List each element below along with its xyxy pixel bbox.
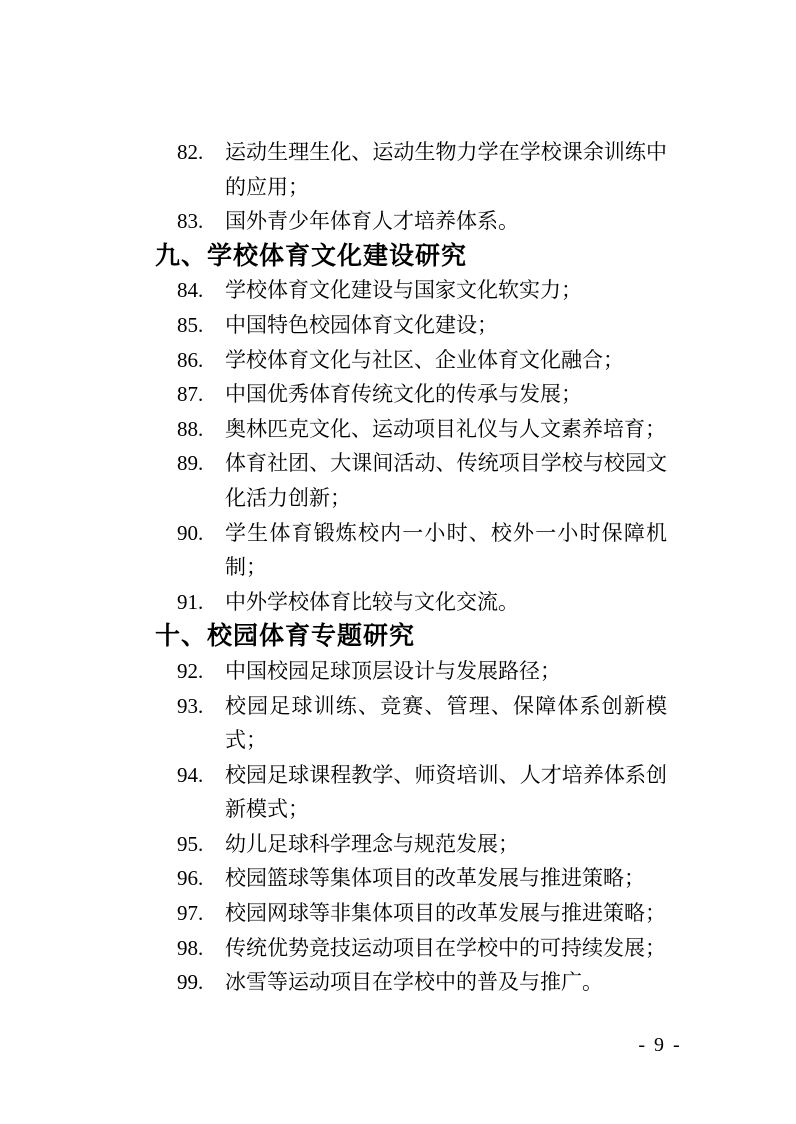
list-item-87: 87. 中国优秀体育传统文化的传承与发展；	[155, 377, 667, 412]
item-number: 85.	[177, 308, 225, 343]
item-number: 94.	[177, 758, 225, 827]
item-text: 学生体育锻炼校内一小时、校外一小时保障机制；	[225, 516, 667, 585]
list-item-96: 96. 校园篮球等集体项目的改革发展与推进策略；	[155, 861, 667, 896]
topic-list: 82. 运动生理生化、运动生物力学在学校课余训练中的应用； 83. 国外青少年体…	[155, 135, 667, 1000]
list-item-91: 91. 中外学校体育比较与文化交流。	[155, 585, 667, 620]
item-text: 体育社团、大课间活动、传统项目学校与校园文化活力创新；	[225, 446, 667, 515]
list-item-99: 99. 冰雪等运动项目在学校中的普及与推广。	[155, 965, 667, 1000]
item-number: 93.	[177, 689, 225, 758]
item-text: 学校体育文化建设与国家文化软实力；	[225, 273, 667, 308]
list-item-97: 97. 校园网球等非集体项目的改革发展与推进策略；	[155, 896, 667, 931]
list-item-86: 86. 学校体育文化与社区、企业体育文化融合；	[155, 343, 667, 378]
item-number: 83.	[177, 204, 225, 239]
list-item-95: 95. 幼儿足球科学理念与规范发展；	[155, 827, 667, 862]
item-number: 82.	[177, 135, 225, 204]
list-item-83: 83. 国外青少年体育人才培养体系。	[155, 204, 667, 239]
item-number: 84.	[177, 273, 225, 308]
item-text: 奥林匹克文化、运动项目礼仪与人文素养培育；	[225, 412, 667, 447]
item-text: 国外青少年体育人才培养体系。	[225, 204, 667, 239]
item-text: 幼儿足球科学理念与规范发展；	[225, 827, 667, 862]
list-item-94: 94. 校园足球课程教学、师资培训、人才培养体系创新模式；	[155, 758, 667, 827]
item-number: 89.	[177, 446, 225, 515]
item-text: 中国校园足球顶层设计与发展路径；	[225, 654, 667, 689]
item-number: 95.	[177, 827, 225, 862]
list-item-82: 82. 运动生理生化、运动生物力学在学校课余训练中的应用；	[155, 135, 667, 204]
item-number: 92.	[177, 654, 225, 689]
page-number: - 9 -	[600, 1031, 720, 1059]
item-text: 校园篮球等集体项目的改革发展与推进策略；	[225, 861, 667, 896]
item-number: 88.	[177, 412, 225, 447]
section-heading-10: 十、校园体育专题研究	[155, 619, 667, 654]
section-heading-9: 九、学校体育文化建设研究	[155, 239, 667, 274]
item-text: 中国特色校园体育文化建设；	[225, 308, 667, 343]
list-item-84: 84. 学校体育文化建设与国家文化软实力；	[155, 273, 667, 308]
item-text: 学校体育文化与社区、企业体育文化融合；	[225, 343, 667, 378]
item-text: 中外学校体育比较与文化交流。	[225, 585, 667, 620]
document-page: 82. 运动生理生化、运动生物力学在学校课余训练中的应用； 83. 国外青少年体…	[0, 0, 796, 1124]
item-number: 86.	[177, 343, 225, 378]
item-number: 96.	[177, 861, 225, 896]
item-number: 98.	[177, 931, 225, 966]
item-text: 校园网球等非集体项目的改革发展与推进策略；	[225, 896, 667, 931]
item-number: 97.	[177, 896, 225, 931]
list-item-85: 85. 中国特色校园体育文化建设；	[155, 308, 667, 343]
item-number: 90.	[177, 516, 225, 585]
item-text: 运动生理生化、运动生物力学在学校课余训练中的应用；	[225, 135, 667, 204]
item-text: 冰雪等运动项目在学校中的普及与推广。	[225, 965, 667, 1000]
item-number: 91.	[177, 585, 225, 620]
item-text: 校园足球训练、竞赛、管理、保障体系创新模式；	[225, 689, 667, 758]
list-item-98: 98. 传统优势竞技运动项目在学校中的可持续发展；	[155, 931, 667, 966]
list-item-92: 92. 中国校园足球顶层设计与发展路径；	[155, 654, 667, 689]
list-item-90: 90. 学生体育锻炼校内一小时、校外一小时保障机制；	[155, 516, 667, 585]
item-number: 87.	[177, 377, 225, 412]
item-text: 传统优势竞技运动项目在学校中的可持续发展；	[225, 931, 667, 966]
item-text: 校园足球课程教学、师资培训、人才培养体系创新模式；	[225, 758, 667, 827]
list-item-88: 88. 奥林匹克文化、运动项目礼仪与人文素养培育；	[155, 412, 667, 447]
list-item-89: 89. 体育社团、大课间活动、传统项目学校与校园文化活力创新；	[155, 446, 667, 515]
list-item-93: 93. 校园足球训练、竞赛、管理、保障体系创新模式；	[155, 689, 667, 758]
item-number: 99.	[177, 965, 225, 1000]
item-text: 中国优秀体育传统文化的传承与发展；	[225, 377, 667, 412]
